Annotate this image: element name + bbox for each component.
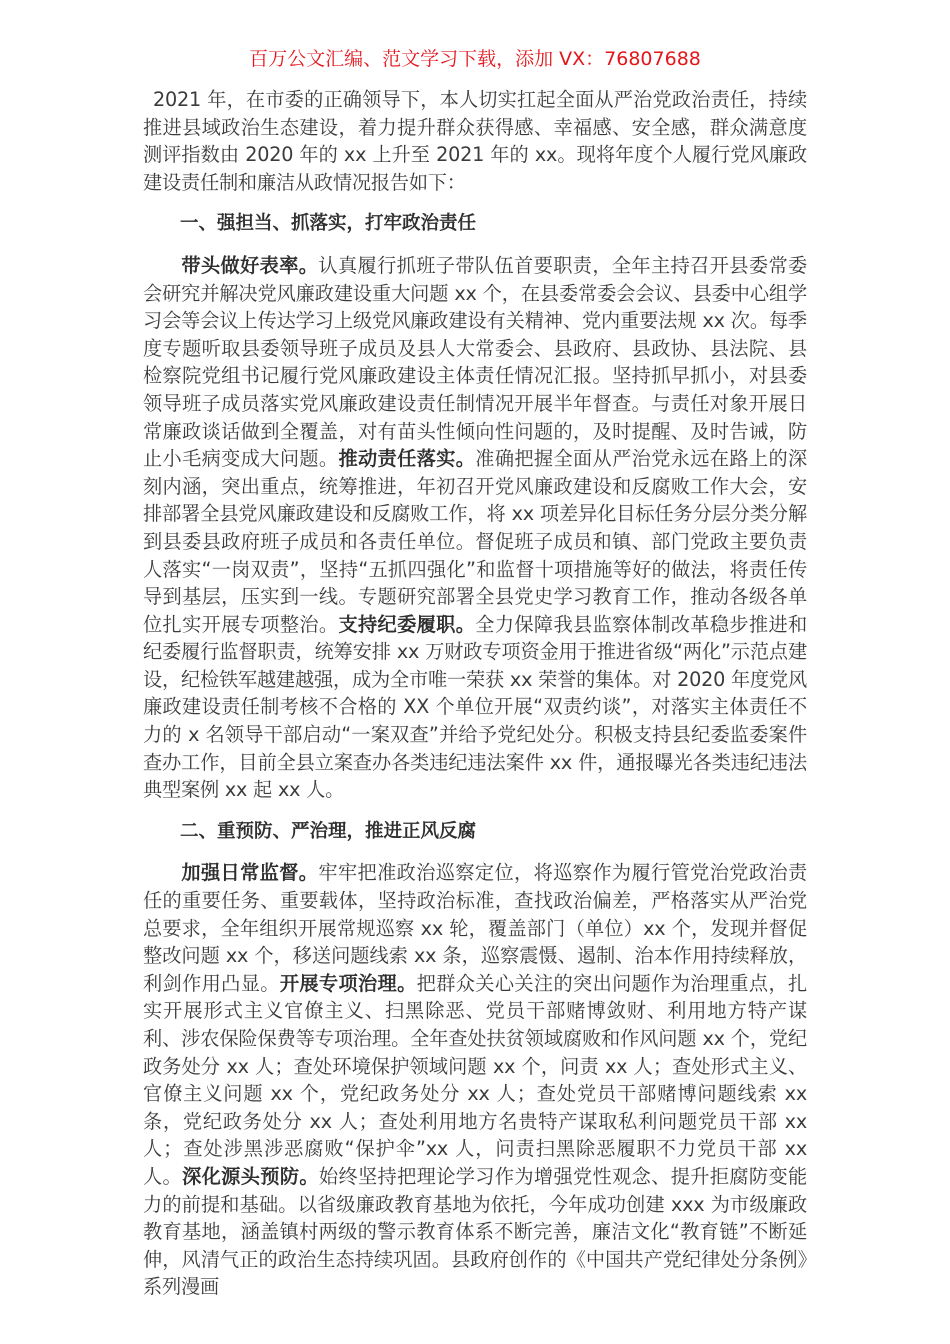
paragraph-text: 把群众关心关注的突出问题作为治理重点，扎实开展形式主义官僚主义、扫黑除恶、党员干…: [143, 972, 807, 1188]
lead-phrase: 开展专项治理。: [280, 972, 417, 995]
lead-phrase: 带头做好表率。: [181, 254, 318, 277]
paragraph-text: 全力保障我县监察体制改革稳步推进和纪委履行监督职责，统筹安排 xx 万财政专项资…: [143, 613, 807, 802]
intro-paragraph: 2021 年，在市委的正确领导下，本人切实扛起全面从严治党政治责任，持续推进县域…: [143, 86, 807, 196]
lead-phrase: 深化源头预防。: [182, 1165, 319, 1188]
paragraph-text: 准确把握全面从严治党永远在路上的深刻内涵，突出重点，统筹推进，年初召开党风廉政建…: [143, 447, 807, 636]
paragraph-text: 认真履行抓班子带队伍首要职责，全年主持召开县委常委会研究并解决党风廉政建设重大问…: [143, 254, 807, 470]
lead-phrase: 加强日常监督。: [181, 861, 318, 884]
page-number: 1: [0, 1250, 950, 1266]
section-1-paragraph: 带头做好表率。认真履行抓班子带队伍首要职责，全年主持召开县委常委会研究并解决党风…: [143, 252, 807, 804]
section-2-paragraph: 加强日常监督。牢牢把准政治巡察定位，将巡察作为履行管党治党政治责任的重要任务、重…: [143, 859, 807, 1301]
lead-phrase: 推动责任落实。: [338, 447, 475, 470]
document-body: 2021 年，在市委的正确领导下，本人切实扛起全面从严治党政治责任，持续推进县域…: [143, 86, 807, 1301]
watermark-header: 百万公文汇编、范文学习下载，添加 VX：76807688: [0, 46, 950, 72]
lead-phrase: 支持纪委履职。: [338, 613, 475, 636]
section-heading-1: 一、强担当、抓落实，打牢政治责任: [143, 210, 807, 238]
section-heading-2: 二、重预防、严治理，推进正风反腐: [143, 818, 807, 846]
